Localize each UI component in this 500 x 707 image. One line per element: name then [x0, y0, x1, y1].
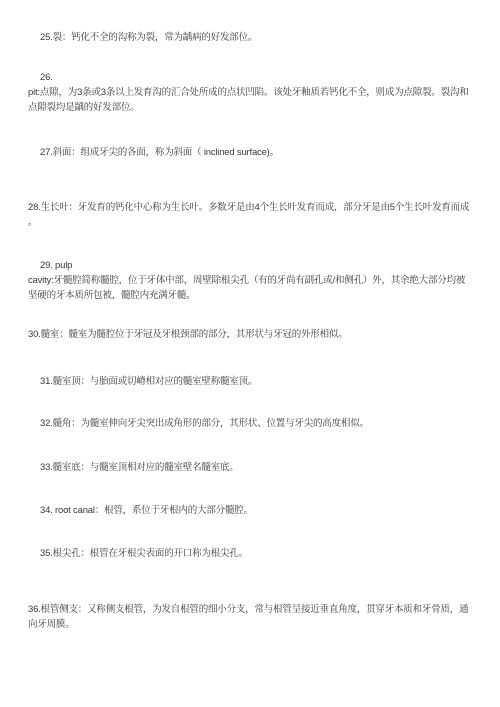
definition-line: 29. pulp	[28, 258, 480, 273]
definition-item-34: 34. root canal：根管，系位于牙根内的大部分髓腔。	[28, 503, 480, 518]
definition-line: 34. root canal：根管，系位于牙根内的大部分髓腔。	[28, 503, 480, 518]
definition-line: 36.根管侧支：又称侧支根管，为发自根管的细小分支，常与根管呈接近垂直角度，贯穿…	[28, 602, 480, 617]
definition-line: 25.裂：钙化不全的沟称为裂，常为龋病的好发部位。	[28, 30, 480, 45]
definition-item-36: 36.根管侧支：又称侧支根管，为发自根管的细小分支，常与根管呈接近垂直角度，贯穿…	[28, 602, 480, 632]
definition-item-27: 27.斜面：组成牙尖的各面，称为斜面（ inclined surface)。	[28, 145, 480, 160]
definition-line: 。	[28, 215, 480, 230]
definition-line: 坚硬的牙本质所包被，髓腔内充满牙髓。	[28, 288, 480, 303]
definition-item-32: 32.髓角：为髓室伸向牙尖突出成角形的部分，其形状、位置与牙尖的高度相似。	[28, 416, 480, 431]
definition-line: pit:点隙，为3条或3条以上发育沟的汇合处所成的点状凹陷。该处牙釉质若钙化不全…	[28, 85, 480, 100]
definition-item-28: 28.生长叶：牙发育的钙化中心称为生长叶。多数牙是由4个生长叶发育而成，部分牙是…	[28, 200, 480, 230]
definition-item-35: 35.根尖孔：根管在牙根尖表面的开口称为根尖孔。	[28, 546, 480, 561]
definition-item-26: 26. pit:点隙，为3条或3条以上发育沟的汇合处所成的点状凹陷。该处牙釉质若…	[28, 70, 480, 115]
definition-item-25: 25.裂：钙化不全的沟称为裂，常为龋病的好发部位。	[28, 30, 480, 45]
definition-item-30: 30.髓室：髓室为髓腔位于牙冠及牙根颈部的部分，其形状与牙冠的外形相似。	[28, 327, 480, 342]
definition-item-31: 31.髓室顶：与胎面或切嵴相对应的髓室壁称髓室顶。	[28, 374, 480, 389]
definition-line: cavity:牙髓腔简称髓腔，位于牙体中部，周壁除根尖孔（有的牙尚有副孔或/和侧…	[28, 273, 480, 288]
definition-line: 30.髓室：髓室为髓腔位于牙冠及牙根颈部的部分，其形状与牙冠的外形相似。	[28, 327, 480, 342]
definition-line: 28.生长叶：牙发育的钙化中心称为生长叶。多数牙是由4个生长叶发育而成，部分牙是…	[28, 200, 480, 215]
definition-line: 26.	[28, 70, 480, 85]
definition-line: 31.髓室顶：与胎面或切嵴相对应的髓室壁称髓室顶。	[28, 374, 480, 389]
definition-line: 向牙周膜。	[28, 617, 480, 632]
definition-line: 点隙裂均是龋的好发部位。	[28, 100, 480, 115]
definition-item-33: 33.髓室底：与髓室顶相对应的髓室壁名髓室底。	[28, 460, 480, 475]
definition-item-29: 29. pulp cavity:牙髓腔简称髓腔，位于牙体中部，周壁除根尖孔（有的…	[28, 258, 480, 303]
definition-line: 33.髓室底：与髓室顶相对应的髓室壁名髓室底。	[28, 460, 480, 475]
definition-line: 27.斜面：组成牙尖的各面，称为斜面（ inclined surface)。	[28, 145, 480, 160]
document-page: 25.裂：钙化不全的沟称为裂，常为龋病的好发部位。 26. pit:点隙，为3条…	[0, 0, 500, 707]
definition-line: 35.根尖孔：根管在牙根尖表面的开口称为根尖孔。	[28, 546, 480, 561]
definition-line: 32.髓角：为髓室伸向牙尖突出成角形的部分，其形状、位置与牙尖的高度相似。	[28, 416, 480, 431]
